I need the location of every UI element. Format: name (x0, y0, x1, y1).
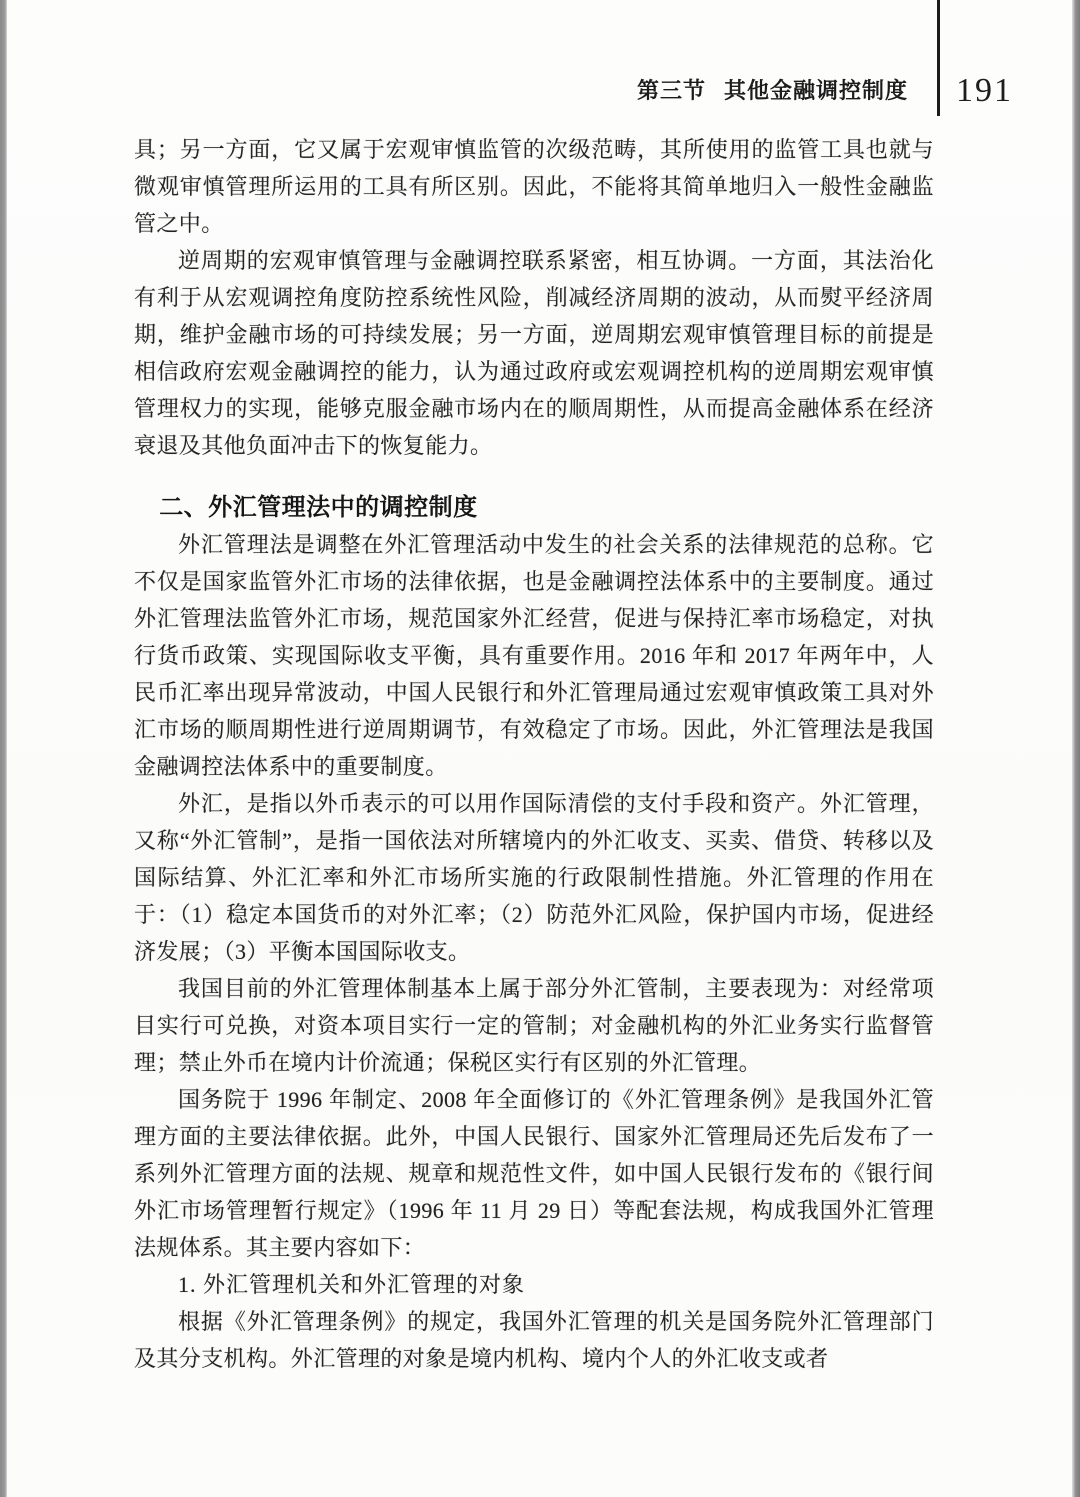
scan-edge-right (1072, 0, 1080, 1497)
running-head: 第三节其他金融调控制度 (0, 78, 908, 104)
paragraph-tools-continuation: 具；另一方面，它又属于宏观审慎监管的次级范畴，其所使用的监管工具也就与微观审慎管… (134, 131, 934, 242)
header-divider-rule (937, 0, 940, 116)
section-label: 第三节 (637, 78, 706, 103)
body-text-column: 具；另一方面，它又属于宏观审慎监管的次级范畴，其所使用的监管工具也就与微观审慎管… (134, 131, 934, 1377)
page-number: 191 (956, 72, 1066, 110)
paragraph-forex-law-overview: 外汇管理法是调整在外汇管理活动中发生的社会关系的法律规范的总称。它不仅是国家监管… (134, 526, 934, 785)
item-heading-authority: 1. 外汇管理机关和外汇管理的对象 (134, 1266, 934, 1303)
paragraph-forex-definition: 外汇，是指以外币表示的可以用作国际清偿的支付手段和资产。外汇管理，又称“外汇管制… (134, 785, 934, 970)
paragraph-authority-objects: 根据《外汇管理条例》的规定，我国外汇管理的机关是国务院外汇管理部门及其分支机构。… (134, 1303, 934, 1377)
paragraph-countercyclical: 逆周期的宏观审慎管理与金融调控联系紧密，相互协调。一方面，其法治化有利于从宏观调… (134, 242, 934, 464)
scan-edge-left (0, 0, 7, 1497)
section-heading-forex-law: 二、外汇管理法中的调控制度 (134, 489, 934, 526)
paragraph-legal-sources: 国务院于 1996 年制定、2008 年全面修订的《外汇管理条例》是我国外汇管理… (134, 1081, 934, 1266)
book-page-scan: 第三节其他金融调控制度 191 具；另一方面，它又属于宏观审慎监管的次级范畴，其… (0, 0, 1080, 1497)
paragraph-current-regime: 我国目前的外汇管理体制基本上属于部分外汇管制，主要表现为：对经常项目实行可兑换，… (134, 970, 934, 1081)
section-title: 其他金融调控制度 (724, 78, 908, 103)
